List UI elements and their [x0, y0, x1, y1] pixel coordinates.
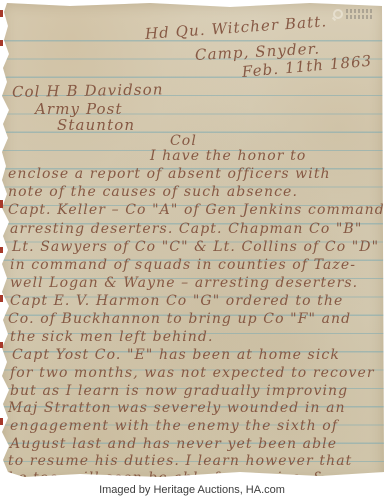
letter-body-line: Capt. Keller – Co "A" of Gen Jenkins com…: [8, 202, 384, 218]
magnifier-icon: [333, 9, 343, 19]
zoom-watermark: [333, 9, 373, 19]
letter-paper: Hd Qu. Witcher Batt. Camp, Snyder. Feb. …: [2, 3, 384, 481]
letter-body-line: engagement with the enemy the sixth of: [10, 418, 338, 434]
photo-edge-artifact: [0, 10, 3, 17]
photo-edge-artifact: [0, 295, 3, 302]
letter-salutation: Col: [170, 133, 197, 149]
letter-body-line: Capt E. V. Harmon Co "G" ordered to the: [10, 293, 343, 309]
letter-body-line: August last and has never yet been able: [10, 436, 337, 452]
letter-body-line: arresting deserters. Capt. Chapman Co "B…: [10, 221, 362, 237]
letter-body-line: Capt Yost Co. "E" has been at home sick: [12, 347, 340, 363]
letter-body-line: but as I learn is now gradually improvin…: [10, 383, 348, 399]
letter-body-line: I have the honor to: [150, 148, 306, 164]
letter-body-line: Co. of Buckhannon to bring up Co "F" and: [8, 311, 351, 327]
photo-edge-artifact: [0, 200, 3, 208]
letter-body-line: for two months, was not expected to reco…: [10, 365, 375, 381]
letter-body-line: note of the causes of such absence.: [8, 184, 298, 200]
auction-photo: Hd Qu. Witcher Batt. Camp, Snyder. Feb. …: [0, 0, 384, 500]
photo-edge-artifact: [0, 40, 3, 46]
letter-heading-line: Hd Qu. Witcher Batt.: [144, 12, 327, 43]
letter-body-line: enclose a report of absent officers with: [8, 166, 331, 182]
photo-edge-artifact: [0, 247, 3, 253]
letter-body-line: well Logan & Wayne – arresting deserters…: [10, 275, 358, 291]
watermark-pixel-text: [346, 9, 373, 19]
letter-body-line: Lt. Sawyers of Co "C" & Lt. Collins of C…: [12, 239, 379, 255]
letter-body-line: Maj Stratton was severely wounded in an: [8, 400, 346, 416]
photo-edge-artifact: [0, 342, 3, 348]
letter-body-line: the sick men left behind.: [10, 329, 214, 345]
letter-addressee: Col H B Davidson: [12, 80, 164, 101]
heritage-caption: Imaged by Heritage Auctions, HA.com: [0, 484, 384, 500]
letter-body-line: to resume his duties. I learn however th…: [8, 453, 352, 469]
letter-body-line: in command of squads in counties of Taze…: [10, 257, 356, 273]
photo-edge-artifact: [0, 418, 3, 425]
letter-address-line: Staunton: [57, 116, 135, 134]
